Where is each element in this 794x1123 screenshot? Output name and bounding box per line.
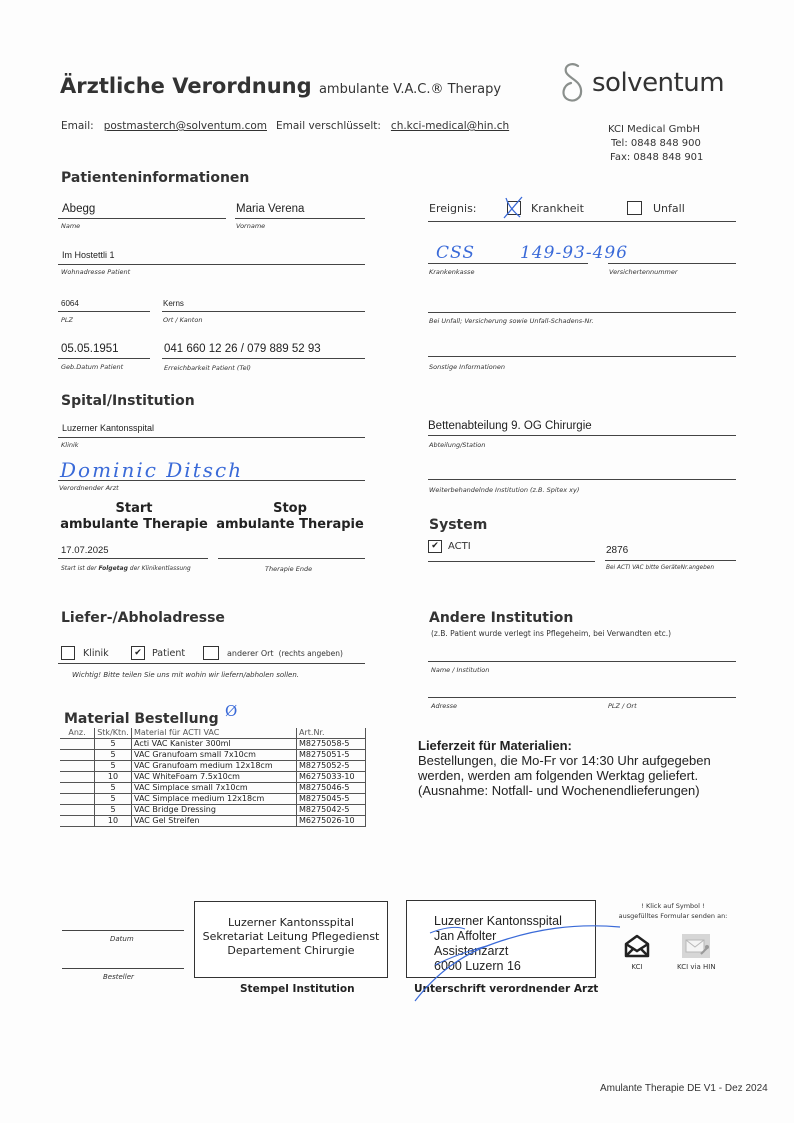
material-stk: 5	[95, 794, 132, 805]
arzt-line	[58, 480, 365, 481]
system-line	[428, 561, 595, 562]
handwritten-cross-icon	[503, 196, 525, 220]
lieferzeit-heading: Lieferzeit für Materialien:	[418, 738, 711, 753]
company-name: KCI Medical GmbH	[608, 123, 703, 137]
anderer-ort-checkbox[interactable]	[203, 646, 219, 660]
company-fax: Fax: 0848 848 901	[608, 151, 703, 165]
datum-line[interactable]	[62, 930, 184, 931]
material-name: Acti VAC Kanister 300ml	[132, 739, 297, 750]
patient-checkbox[interactable]: ✔	[131, 646, 145, 660]
solventum-s-icon	[560, 62, 586, 104]
material-artnr: M8275051-5	[297, 750, 366, 761]
krankheit-checkbox[interactable]	[507, 201, 521, 215]
lieferzeit-line1: Bestellungen, die Mo-Fr vor 14:30 Uhr au…	[418, 753, 711, 768]
envelope-open-icon	[624, 934, 650, 958]
material-stk: 5	[95, 739, 132, 750]
stop-heading-line2: ambulante Therapie	[216, 517, 364, 533]
material-row: 5VAC Simplace medium 12x18cmM8275045-5	[60, 794, 366, 805]
unfall-label: Unfall	[653, 202, 685, 215]
send-hint-line1: ! Klick auf Symbol !	[608, 901, 738, 911]
send-kci-label: KCI	[631, 963, 642, 971]
email-link[interactable]: postmasterch@solventum.com	[104, 120, 267, 132]
solventum-logo: solventum	[560, 62, 724, 104]
stop-date-label: Therapie Ende	[265, 565, 312, 573]
material-row: 5VAC Granufoam medium 12x18cmM8275052-5	[60, 761, 366, 772]
section-heading-liefer: Liefer-/Abholadresse	[61, 610, 225, 626]
material-name: VAC Bridge Dressing	[132, 805, 297, 816]
patient-address-value[interactable]: Im Hostettli 1	[62, 250, 115, 260]
email-row: Email: postmasterch@solventum.com	[61, 120, 267, 132]
material-name: VAC Gel Streifen	[132, 816, 297, 827]
logo-text: solventum	[592, 68, 724, 98]
section-heading-andere-institution: Andere Institution	[429, 610, 573, 626]
material-anz-input[interactable]	[60, 783, 95, 794]
liefer-option-patient[interactable]: ✔ Patient	[131, 646, 185, 660]
col-stk: Stk/Ktn.	[95, 728, 132, 739]
patient-phone-value[interactable]: 041 660 12 26 / 079 889 52 93	[164, 343, 321, 355]
krankenkasse-label: Krankenkasse	[429, 268, 474, 276]
patient-address-line	[58, 264, 365, 265]
company-tel: Tel: 0848 848 900	[608, 137, 703, 151]
klinik-line	[58, 437, 365, 438]
weiterbehandelnde-line[interactable]	[428, 479, 736, 480]
section-heading-material: Material Bestellung	[64, 711, 219, 727]
material-artnr: M8275058-5	[297, 739, 366, 750]
footer-version: Amulante Therapie DE V1 - Dez 2024	[600, 1083, 768, 1094]
krankheit-label: Krankheit	[531, 202, 584, 215]
acti-checkbox[interactable]: ✔	[428, 540, 442, 553]
patient-name-value[interactable]: Abegg	[62, 203, 95, 215]
lieferzeit-info: Lieferzeit für Materialien: Bestellungen…	[418, 738, 711, 798]
material-anz-input[interactable]	[60, 772, 95, 783]
col-anz: Anz.	[60, 728, 95, 739]
stamp-institution-line3: Departement Chirurgie	[195, 944, 387, 958]
patient-vorname-line	[235, 218, 365, 219]
patient-birthdate-label: Geb.Datum Patient	[61, 363, 123, 371]
patient-address-label: Wohnadresse Patient	[61, 268, 130, 276]
material-stk: 5	[95, 750, 132, 761]
material-artnr: M6275026-10	[297, 816, 366, 827]
andere-name-line[interactable]	[428, 661, 736, 662]
email-encrypted-label: Email verschlüsselt:	[276, 120, 381, 132]
liefer-patient-label: Patient	[152, 648, 185, 659]
material-table: Anz. Stk/Ktn. Material für ACTI VAC Art.…	[60, 728, 366, 827]
material-anz-input[interactable]	[60, 794, 95, 805]
material-artnr: M8275042-5	[297, 805, 366, 816]
send-hin-button[interactable]: KCI via HIN	[677, 934, 716, 971]
arzt-value-handwritten[interactable]: Dominic Ditsch	[60, 458, 243, 482]
patient-ort-value[interactable]: Kerns	[163, 299, 184, 308]
material-name: VAC Granufoam small 7x10cm	[132, 750, 297, 761]
material-stk: 5	[95, 783, 132, 794]
material-name: VAC WhiteFoam 7.5x10cm	[132, 772, 297, 783]
material-anz-input[interactable]	[60, 816, 95, 827]
patient-phone-label: Erreichbarkeit Patient (Tel)	[164, 364, 251, 372]
title-subtitle: ambulante V.A.C.® Therapy	[319, 82, 501, 97]
stop-heading-line1: Stop	[216, 501, 364, 517]
datum-label: Datum	[110, 935, 134, 943]
klinik-value[interactable]: Luzerner Kantonsspital	[62, 423, 154, 433]
col-artnr: Art.Nr.	[297, 728, 366, 739]
material-name: VAC Simplace medium 12x18cm	[132, 794, 297, 805]
material-row: 10VAC Gel StreifenM6275026-10	[60, 816, 366, 827]
unfall-versicherung-line[interactable]	[428, 312, 736, 313]
stamp-institution: Luzerner Kantonsspital Sekretariat Leitu…	[194, 901, 388, 978]
material-stk: 5	[95, 761, 132, 772]
liefer-option-klinik[interactable]: Klinik	[61, 646, 109, 660]
unfall-versicherung-label: Bei Unfall; Versicherung sowie Unfall-Sc…	[429, 317, 594, 325]
andere-adresse-label: Adresse	[431, 702, 457, 710]
form-title: Ärztliche Verordnung ambulante V.A.C.® T…	[60, 74, 501, 98]
material-row: 5VAC Simplace small 7x10cmM8275046-5	[60, 783, 366, 794]
stamp-institution-line2: Sekretariat Leitung Pflegedienst	[195, 930, 387, 944]
liefer-anderer-ort-label: anderer Ort	[227, 649, 274, 658]
patient-ort-line	[162, 311, 365, 312]
patient-phone-line	[162, 358, 365, 359]
stamp-institution-line1: Luzerner Kantonsspital	[195, 916, 387, 930]
lieferzeit-line3: (Ausnahme: Notfall- und Wochenendlieferu…	[418, 783, 711, 798]
send-hint: ! Klick auf Symbol ! ausgefülltes Formul…	[608, 901, 738, 921]
patient-plz-label: PLZ	[61, 316, 73, 324]
section-heading-spital: Spital/Institution	[61, 393, 195, 409]
material-artnr: M6275033-10	[297, 772, 366, 783]
material-row: 5VAC Granufoam small 7x10cmM8275051-5	[60, 750, 366, 761]
besteller-label: Besteller	[103, 973, 134, 981]
patient-vorname-label: Vorname	[236, 222, 265, 230]
company-info: KCI Medical GmbH Tel: 0848 848 900 Fax: …	[608, 123, 703, 165]
email-encrypted-row: Email verschlüsselt: ch.kci-medical@hin.…	[276, 120, 509, 132]
material-annotation-handwritten: Ø	[225, 702, 237, 720]
acti-label: ACTI	[448, 541, 471, 552]
patient-birthdate-line	[58, 358, 150, 359]
material-stk: 10	[95, 772, 132, 783]
start-heading-line2: ambulante Therapie	[60, 517, 208, 533]
stop-date-line[interactable]	[218, 558, 365, 559]
material-anz-input[interactable]	[60, 750, 95, 761]
lieferzeit-line2: werden, werden am folgenden Werktag geli…	[418, 768, 711, 783]
liefer-note: Wichtig! Bitte teilen Sie uns mit wohin …	[72, 671, 299, 679]
email-encrypted-link[interactable]: ch.kci-medical@hin.ch	[391, 120, 509, 132]
material-row: 5Acti VAC Kanister 300mlM8275058-5	[60, 739, 366, 750]
material-name: VAC Granufoam medium 12x18cm	[132, 761, 297, 772]
material-table-header: Anz. Stk/Ktn. Material für ACTI VAC Art.…	[60, 728, 366, 739]
material-stk: 10	[95, 816, 132, 827]
stamp-institution-label: Stempel Institution	[240, 983, 355, 995]
liefer-klinik-label: Klinik	[83, 648, 109, 659]
start-date-label: Start ist der Folgetag der Klinikentlass…	[61, 565, 191, 572]
material-anz-input[interactable]	[60, 805, 95, 816]
section-heading-patient: Patienteninformationen	[61, 170, 249, 186]
krankenkasse-value[interactable]: CSS	[436, 243, 475, 263]
send-hin-label: KCI via HIN	[677, 963, 716, 971]
unfall-checkbox[interactable]	[627, 201, 642, 215]
patient-name-label: Name	[61, 222, 80, 230]
geraetenr-value[interactable]: 2876	[606, 545, 628, 556]
besteller-line[interactable]	[62, 968, 184, 969]
geraetenr-line	[605, 560, 736, 561]
doctor-signature-scribble	[405, 915, 625, 1005]
material-artnr: M8275045-5	[297, 794, 366, 805]
andere-plz-ort-label: PLZ / Ort	[608, 702, 637, 710]
liefer-option-anderer-ort[interactable]: anderer Ort (rechts angeben)	[203, 646, 343, 660]
sonstige-line[interactable]	[428, 356, 736, 357]
arzt-label: Verordnender Arzt	[59, 484, 119, 492]
start-date-line	[58, 558, 208, 559]
send-kci-button[interactable]: KCI	[624, 934, 650, 971]
weiterbehandelnde-label: Weiterbehandelnde Institution (z.B. Spit…	[429, 486, 579, 494]
material-artnr: M8275046-5	[297, 783, 366, 794]
abteilung-line	[428, 435, 736, 436]
system-acti-option[interactable]: ✔ ACTI	[428, 540, 471, 553]
patient-birthdate-value[interactable]: 05.05.1951	[61, 343, 119, 355]
abteilung-label: Abteilung/Station	[429, 441, 485, 449]
versichertennummer-label: Versichertennummer	[609, 268, 678, 276]
andere-institution-hint: (z.B. Patient wurde verlegt ins Pflegehe…	[431, 629, 671, 638]
abteilung-value[interactable]: Bettenabteilung 9. OG Chirurgie	[428, 420, 592, 432]
liefer-anderer-ort-hint: (rechts angeben)	[279, 649, 343, 658]
geraetenr-label: Bei ACTI VAC bitte GeräteNr.angeben	[606, 565, 714, 571]
patient-ort-label: Ort / Kanton	[163, 316, 202, 324]
material-anz-input[interactable]	[60, 739, 95, 750]
patient-name-line	[58, 218, 226, 219]
start-therapie-heading: Start ambulante Therapie	[60, 501, 208, 533]
start-heading-line1: Start	[60, 501, 208, 517]
patient-plz-line	[58, 311, 150, 312]
envelope-hin-icon	[682, 934, 710, 958]
title-main: Ärztliche Verordnung	[60, 74, 312, 98]
material-artnr: M8275052-5	[297, 761, 366, 772]
krankenkasse-line	[428, 263, 588, 264]
email-label: Email:	[61, 120, 94, 132]
material-row: 10VAC WhiteFoam 7.5x10cmM6275033-10	[60, 772, 366, 783]
andere-name-label: Name / Institution	[431, 666, 489, 674]
material-stk: 5	[95, 805, 132, 816]
ereignis-unfall-option[interactable]: Unfall	[627, 201, 685, 215]
col-material: Material für ACTI VAC	[132, 728, 297, 739]
andere-adresse-line[interactable]	[428, 697, 736, 698]
ereignis-line	[428, 221, 736, 222]
versichertennummer-value[interactable]: 149-93-496	[520, 243, 628, 263]
patient-vorname-value[interactable]: Maria Verena	[236, 203, 304, 215]
send-hint-line2: ausgefülltes Formular senden an:	[608, 911, 738, 921]
material-anz-input[interactable]	[60, 761, 95, 772]
versichertennummer-line	[608, 263, 736, 264]
start-date-value[interactable]: 17.07.2025	[61, 545, 109, 556]
section-heading-system: System	[429, 517, 487, 533]
sonstige-label: Sonstige Informationen	[429, 363, 505, 371]
patient-plz-value[interactable]: 6064	[61, 299, 79, 308]
stop-therapie-heading: Stop ambulante Therapie	[216, 501, 364, 533]
liefer-line	[58, 663, 365, 664]
material-row: 5VAC Bridge DressingM8275042-5	[60, 805, 366, 816]
klinik-checkbox[interactable]	[61, 646, 75, 660]
material-name: VAC Simplace small 7x10cm	[132, 783, 297, 794]
klinik-label: Klinik	[61, 441, 79, 449]
ereignis-krankheit-option[interactable]: Krankheit	[507, 201, 584, 215]
ereignis-label: Ereignis:	[429, 202, 477, 215]
